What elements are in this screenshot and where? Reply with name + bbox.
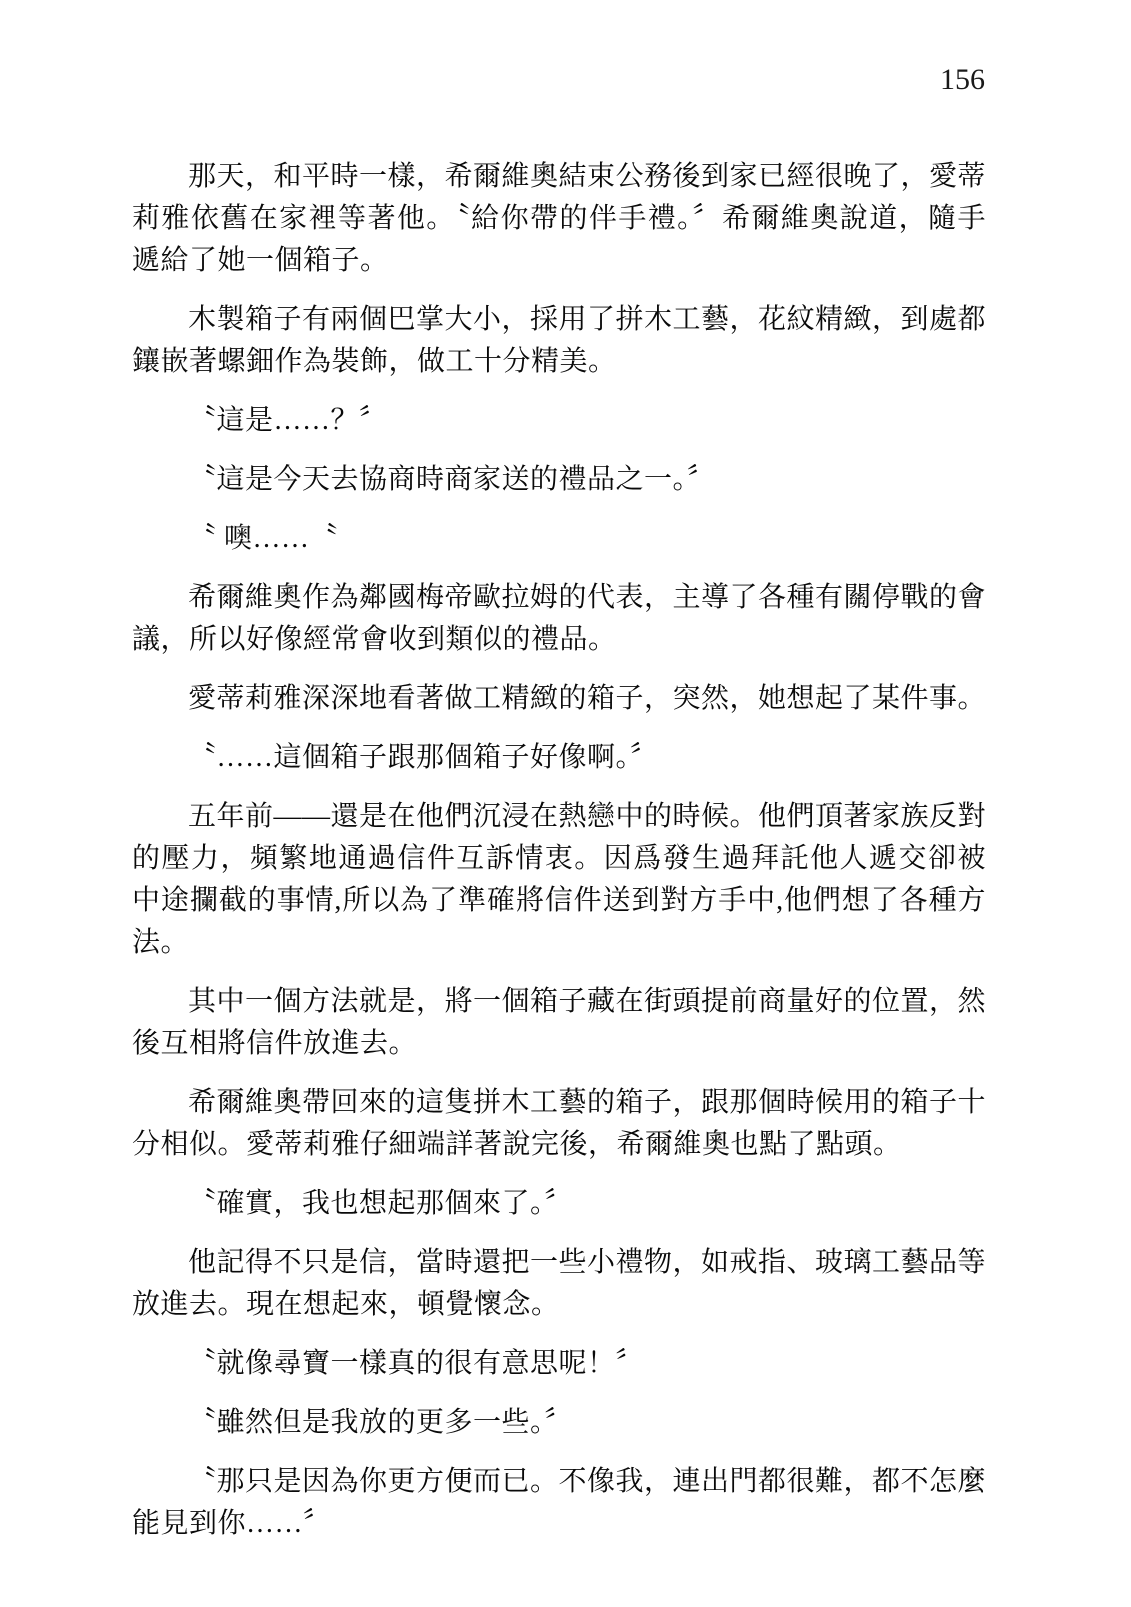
dialogue-paragraph: 〝就像尋寶一樣真的很有意思呢！〞 — [132, 1343, 986, 1385]
dialogue-paragraph: 〝確實，我也想起那個來了。〞 — [132, 1183, 986, 1225]
narrative-paragraph: 那天，和平時一樣，希爾維奧結束公務後到家已經很晚了，愛蒂莉雅依舊在家裡等著他。〝… — [132, 156, 986, 282]
narrative-paragraph: 希爾維奧帶回來的這隻拼木工藝的箱子，跟那個時候用的箱子十分相似。愛蒂莉雅仔細端詳… — [132, 1082, 986, 1166]
dialogue-paragraph: 〝這是今天去協商時商家送的禮品之一。〞 — [132, 459, 986, 501]
narrative-paragraph: 希爾維奧作為鄰國梅帝歐拉姆的代表，主導了各種有關停戰的會議，所以好像經常會收到類… — [132, 577, 986, 661]
dialogue-paragraph: 〝這是……？〞 — [132, 400, 986, 442]
narrative-paragraph: 五年前——還是在他們沉浸在熱戀中的時候。他們頂著家族反對的壓力，頻繁地通過信件互… — [132, 796, 986, 964]
page-number: 156 — [940, 62, 985, 98]
dialogue-paragraph: 〝雖然但是我放的更多一些。〞 — [132, 1402, 986, 1444]
narrative-paragraph: 愛蒂莉雅深深地看著做工精緻的箱子，突然，她想起了某件事。 — [132, 678, 986, 720]
dialogue-paragraph: 〝那只是因為你更方便而已。不像我，連出門都很難，都不怎麼能見到你……〞 — [132, 1461, 986, 1545]
narrative-paragraph: 其中一個方法就是，將一個箱子藏在街頭提前商量好的位置，然後互相將信件放進去。 — [132, 981, 986, 1065]
page-text-block: 那天，和平時一樣，希爾維奧結束公務後到家已經很晚了，愛蒂莉雅依舊在家裡等著他。〝… — [132, 156, 986, 1562]
narrative-paragraph: 木製箱子有兩個巴掌大小，採用了拼木工藝，花紋精緻，到處都鑲嵌著螺鈿作為裝飾，做工… — [132, 299, 986, 383]
narrative-paragraph: 他記得不只是信，當時還把一些小禮物，如戒指、玻璃工藝品等放進去。現在想起來，頓覺… — [132, 1242, 986, 1326]
dialogue-paragraph: 〝 噢……〝 — [132, 518, 986, 560]
dialogue-paragraph: 〝……這個箱子跟那個箱子好像啊。〞 — [132, 737, 986, 779]
book-page: 156 那天，和平時一樣，希爾維奧結束公務後到家已經很晚了，愛蒂莉雅依舊在家裡等… — [0, 0, 1131, 1607]
